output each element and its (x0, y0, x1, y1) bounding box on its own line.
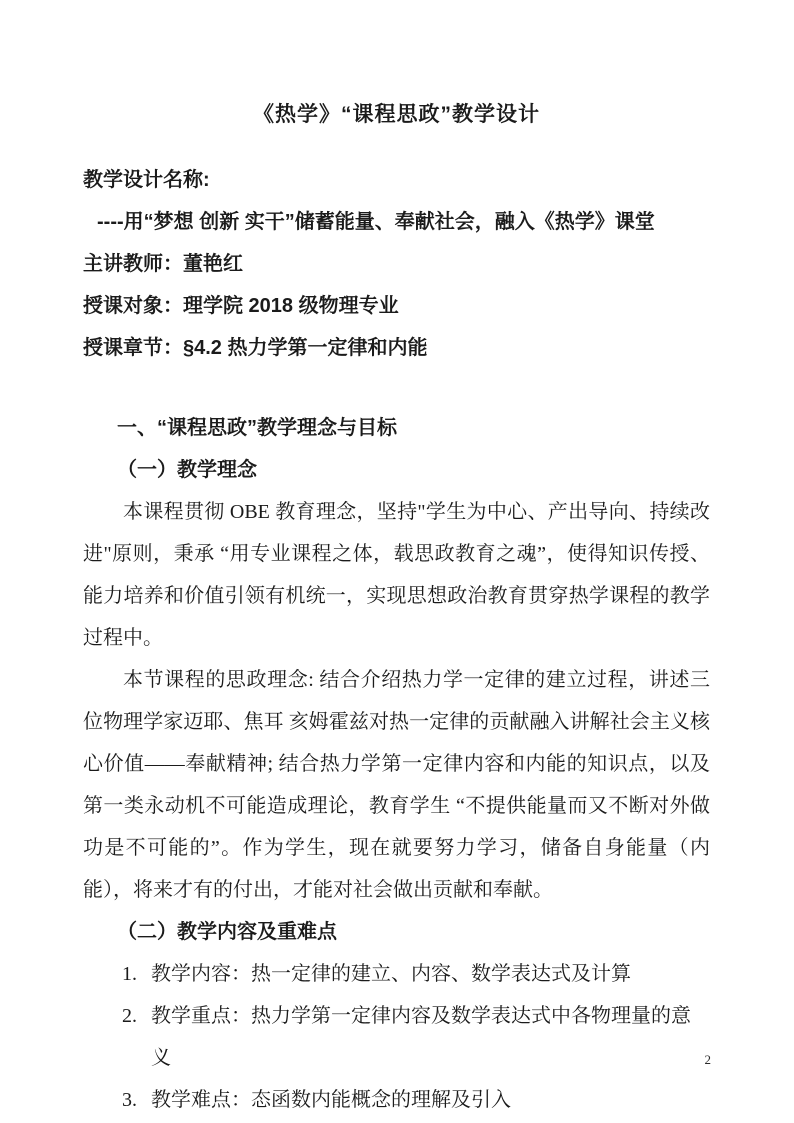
document-title: 《热学》“课程思政”教学设计 (83, 94, 710, 136)
section-heading-ideas-goals: 一、“课程思政”教学理念与目标 (83, 407, 710, 449)
design-subtitle: ----用“梦想 创新 实干”储蓄能量、奉献社会，融入《热学》课堂 (83, 201, 710, 243)
list-item-teaching-difficulty: 3. 教学难点：态函数内能概念的理解及引入 (83, 1079, 710, 1121)
teacher-line: 主讲教师：董艳红 (83, 243, 710, 285)
subsection-heading-teaching-concept: （一）教学理念 (83, 449, 710, 491)
document-page: 《热学》“课程思政”教学设计 教学设计名称: ----用“梦想 创新 实干”储蓄… (0, 0, 794, 1123)
meta-block: 教学设计名称: ----用“梦想 创新 实干”储蓄能量、奉献社会，融入《热学》课… (83, 159, 710, 369)
list-item-text: 教学难点：态函数内能概念的理解及引入 (151, 1079, 710, 1121)
list-item-number: 1. (122, 953, 137, 995)
subsection-heading-content-keypoints: （二）教学内容及重难点 (83, 911, 710, 953)
list-item-number: 3. (122, 1079, 137, 1121)
list-item-teaching-content: 1. 教学内容：热一定律的建立、内容、数学表达式及计算 (83, 953, 710, 995)
paragraph-teaching-concept-1: 本课程贯彻 OBE 教育理念，坚持"学生为中心、产出导向、持续改进"原则，秉承 … (83, 491, 710, 659)
list-item-text: 教学重点：热力学第一定律内容及数学表达式中各物理量的意义 (151, 995, 710, 1079)
list-item-number: 2. (122, 995, 137, 1079)
list-item-text: 教学内容：热一定律的建立、内容、数学表达式及计算 (151, 953, 710, 995)
audience-line: 授课对象：理学院 2018 级物理专业 (83, 285, 710, 327)
list-item-teaching-focus: 2. 教学重点：热力学第一定律内容及数学表达式中各物理量的意义 (83, 995, 710, 1079)
design-name-label: 教学设计名称: (83, 159, 710, 201)
paragraph-teaching-concept-2: 本节课程的思政理念: 结合介绍热力学一定律的建立过程，讲述三位物理学家迈耶、焦耳… (83, 659, 710, 911)
chapter-line: 授课章节：§4.2 热力学第一定律和内能 (83, 327, 710, 369)
page-number: 2 (705, 1053, 712, 1067)
